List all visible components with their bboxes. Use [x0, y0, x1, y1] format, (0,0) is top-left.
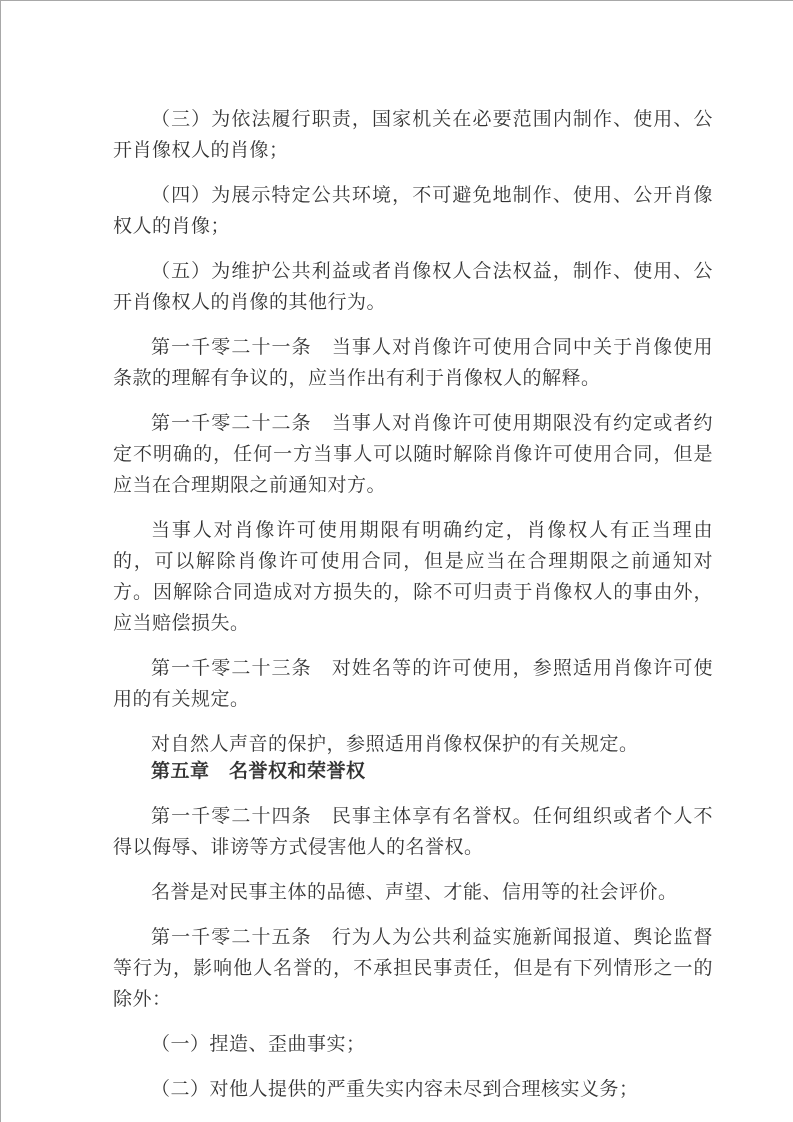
law-clause-item: （三）为依法履行职责，国家机关在必要范围内制作、使用、公开肖像权人的肖像；	[113, 104, 713, 166]
law-clause-item: （一）捏造、歪曲事实；	[113, 1029, 713, 1060]
chapter-heading: 第五章 名誉权和荣誉权	[113, 756, 713, 787]
document-page: （三）为依法履行职责，国家机关在必要范围内制作、使用、公开肖像权人的肖像； （四…	[0, 0, 793, 1122]
law-clause-item: （二）对他人提供的严重失实内容未尽到合理核实义务；	[113, 1074, 713, 1105]
law-paragraph: 当事人对肖像许可使用期限有明确约定，肖像权人有正当理由的，可以解除肖像许可使用合…	[113, 515, 713, 639]
law-article-1023: 第一千零二十三条 对姓名等的许可使用，参照适用肖像许可使用的有关规定。	[113, 653, 713, 715]
law-clause-item: （五）为维护公共利益或者肖像权人合法权益，制作、使用、公开肖像权人的肖像的其他行…	[113, 256, 713, 318]
law-article-1025: 第一千零二十五条 行为人为公共利益实施新闻报道、舆论监督等行为，影响他人名誉的，…	[113, 922, 713, 1015]
law-article-1024: 第一千零二十四条 民事主体享有名誉权。任何组织或者个人不得以侮辱、诽谤等方式侵害…	[113, 801, 713, 863]
law-article-1022: 第一千零二十二条 当事人对肖像许可使用期限没有约定或者约定不明确的，任何一方当事…	[113, 408, 713, 501]
law-paragraph: 名誉是对民事主体的品德、声望、才能、信用等的社会评价。	[113, 877, 713, 908]
law-article-1021: 第一千零二十一条 当事人对肖像许可使用合同中关于肖像使用条款的理解有争议的，应当…	[113, 332, 713, 394]
law-clause-item: （四）为展示特定公共环境，不可避免地制作、使用、公开肖像权人的肖像；	[113, 180, 713, 242]
